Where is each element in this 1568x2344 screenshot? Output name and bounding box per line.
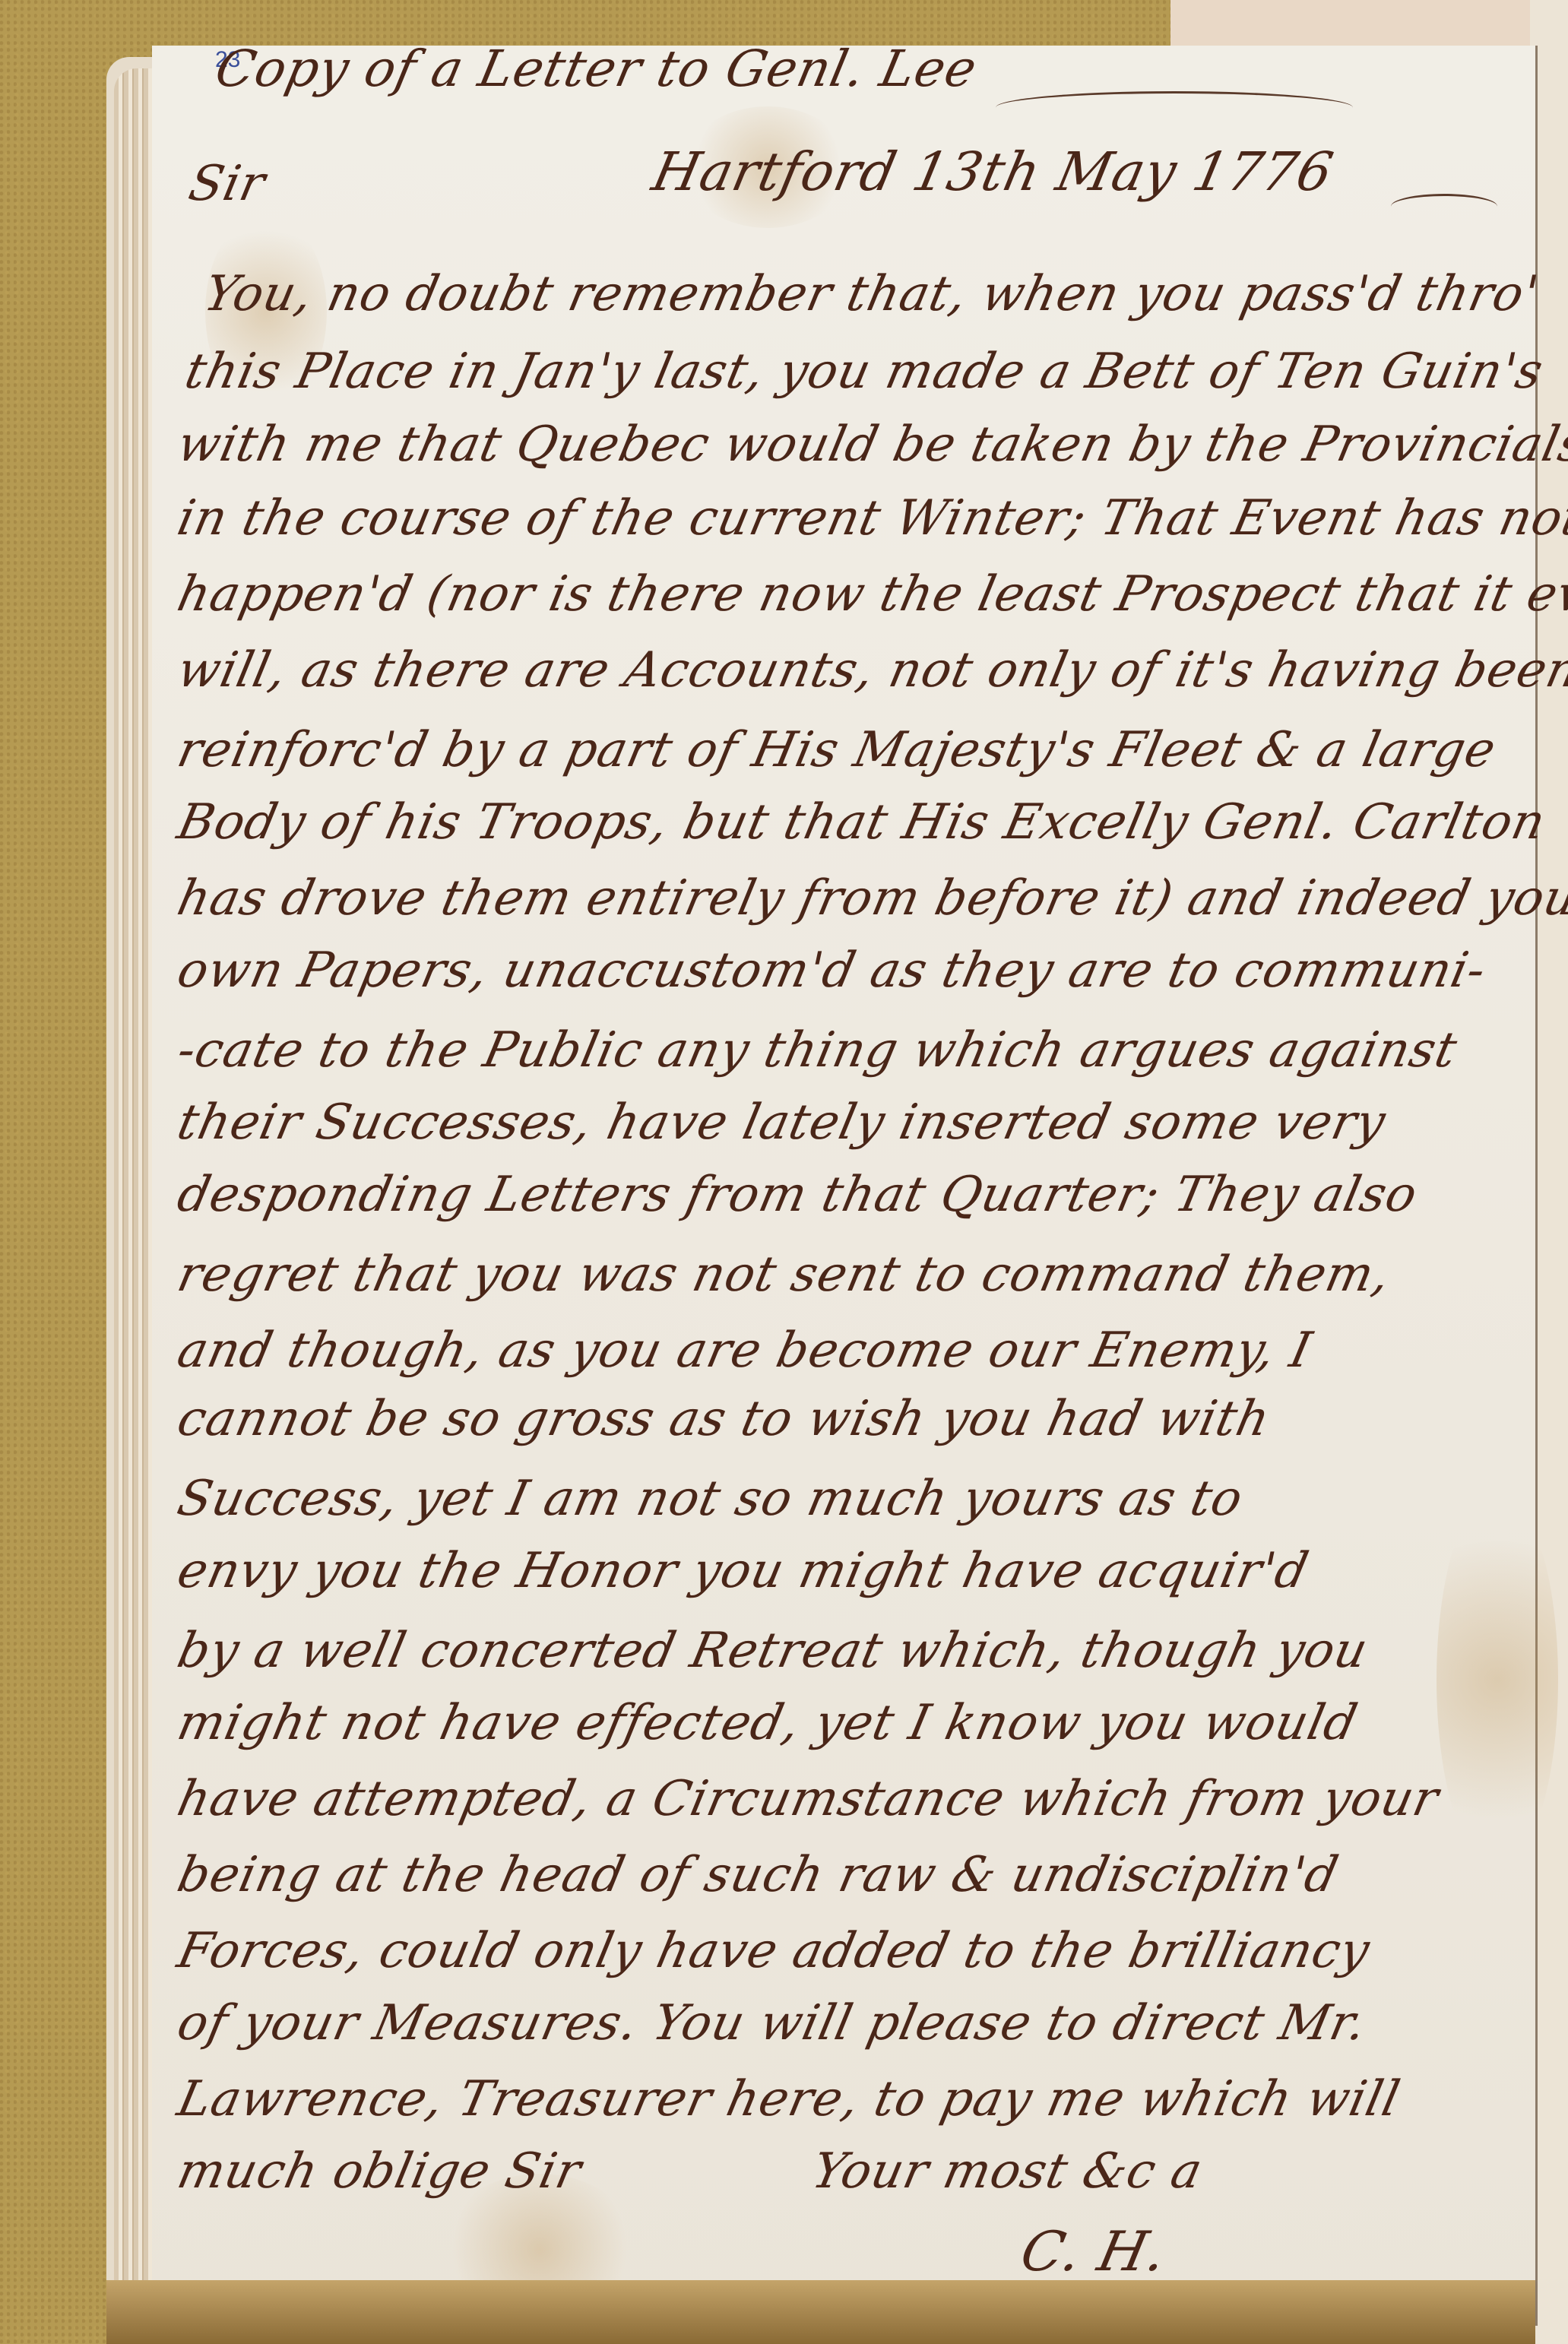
body-line: Lawrence, Treasurer here, to pay me whic…: [173, 2071, 1405, 2127]
body-line: -cate to the Public any thing which argu…: [173, 1022, 1462, 1079]
body-line: happen'd (nor is there now the least Pro…: [173, 566, 1568, 622]
body-line: Body of his Troops, but that His Excelly…: [173, 794, 1551, 850]
dateline-flourish: [1391, 194, 1497, 219]
body-line: have attempted, a Circumstance which fro…: [173, 1771, 1443, 1827]
body-line: of your Measures. You will please to dir…: [173, 1995, 1371, 2051]
dateline: Hartford 13th May 1776: [647, 141, 1338, 203]
body-line: envy you the Honor you might have acquir…: [173, 1543, 1313, 1599]
salutation: Sir: [184, 156, 271, 212]
page-bottom-shadow: [106, 2280, 1535, 2344]
closing: Your most &c a: [807, 2143, 1208, 2200]
body-line: being at the head of such raw & undiscip…: [173, 1847, 1343, 1903]
body-line: much oblige Sir: [173, 2143, 587, 2200]
water-stain: [1437, 1490, 1558, 1870]
letter-heading: Copy of a Letter to Genl. Lee: [211, 40, 983, 98]
heading-flourish: [996, 91, 1353, 124]
body-line: with me that Quebec would be taken by th…: [173, 417, 1568, 473]
body-line: and though, as you are become our Enemy,…: [173, 1322, 1316, 1379]
body-line: might not have effected, yet I know you …: [173, 1695, 1363, 1751]
body-line: cannot be so gross as to wish you had wi…: [173, 1391, 1275, 1447]
body-line: own Papers, unaccustom'd as they are to …: [173, 942, 1491, 999]
body-line: their Successes, have lately inserted so…: [173, 1094, 1391, 1151]
body-line: You, no doubt remember that, when you pa…: [199, 266, 1544, 322]
body-line: desponding Letters from that Quarter; Th…: [173, 1167, 1422, 1223]
body-line: regret that you was not sent to command …: [173, 1246, 1395, 1303]
signature: C. H.: [1015, 2219, 1173, 2283]
body-line: this Place in Jan'y last, you made a Bet…: [180, 344, 1548, 400]
body-line: will, as there are Accounts, not only of…: [173, 642, 1568, 698]
body-line: in the course of the current Winter; Tha…: [173, 490, 1568, 546]
body-line: Forces, could only have added to the bri…: [173, 1923, 1375, 1979]
body-line: Success, yet I am not so much yours as t…: [173, 1471, 1248, 1527]
body-line: has drove them entirely from before it) …: [173, 870, 1568, 927]
body-line: by a well concerted Retreat which, thoug…: [173, 1623, 1373, 1679]
body-line: reinforc'd by a part of His Majesty's Fl…: [173, 722, 1501, 778]
